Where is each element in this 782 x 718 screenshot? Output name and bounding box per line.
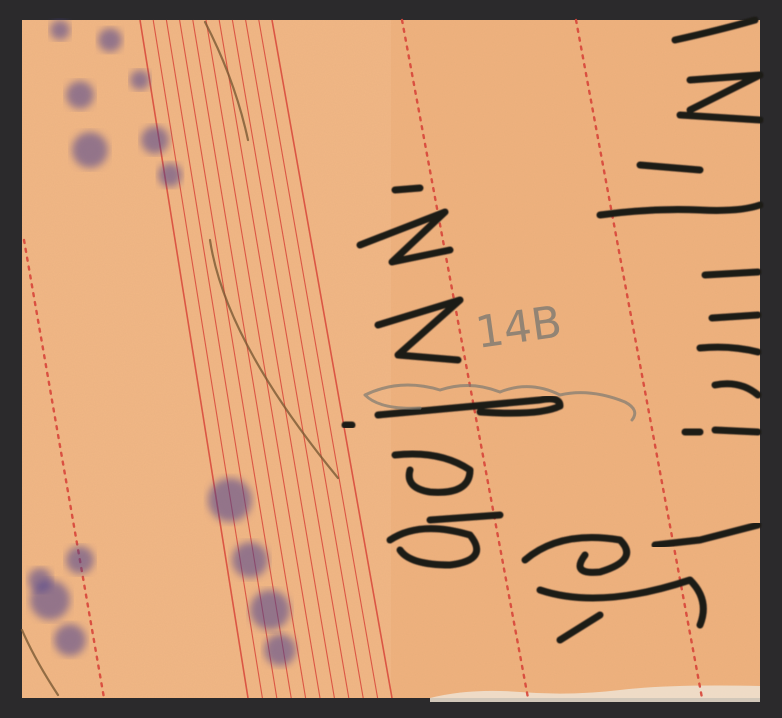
postmark-smudge xyxy=(98,28,122,52)
postmark-smudge xyxy=(250,590,290,630)
paper-grain xyxy=(22,20,760,698)
postmark-smudge xyxy=(54,624,86,656)
postmark-smudge xyxy=(208,478,252,522)
postmark-smudge xyxy=(66,81,94,109)
postmark-smudge xyxy=(130,70,150,90)
paper-fragment-photo: 14B xyxy=(0,0,782,718)
postmark-smudge xyxy=(72,132,108,168)
postmark-smudge xyxy=(232,542,268,578)
postmark-smudge xyxy=(264,634,296,666)
postmark-smudge xyxy=(158,163,182,187)
postmark-smudge xyxy=(141,126,169,154)
postmark-smudge xyxy=(50,20,70,40)
postmark-smudge xyxy=(66,546,94,574)
paper-sheet xyxy=(22,20,760,702)
postmark-smudge xyxy=(28,568,52,592)
photo-scene: 14B Handwritten postal form fragment 14B xyxy=(0,0,782,718)
